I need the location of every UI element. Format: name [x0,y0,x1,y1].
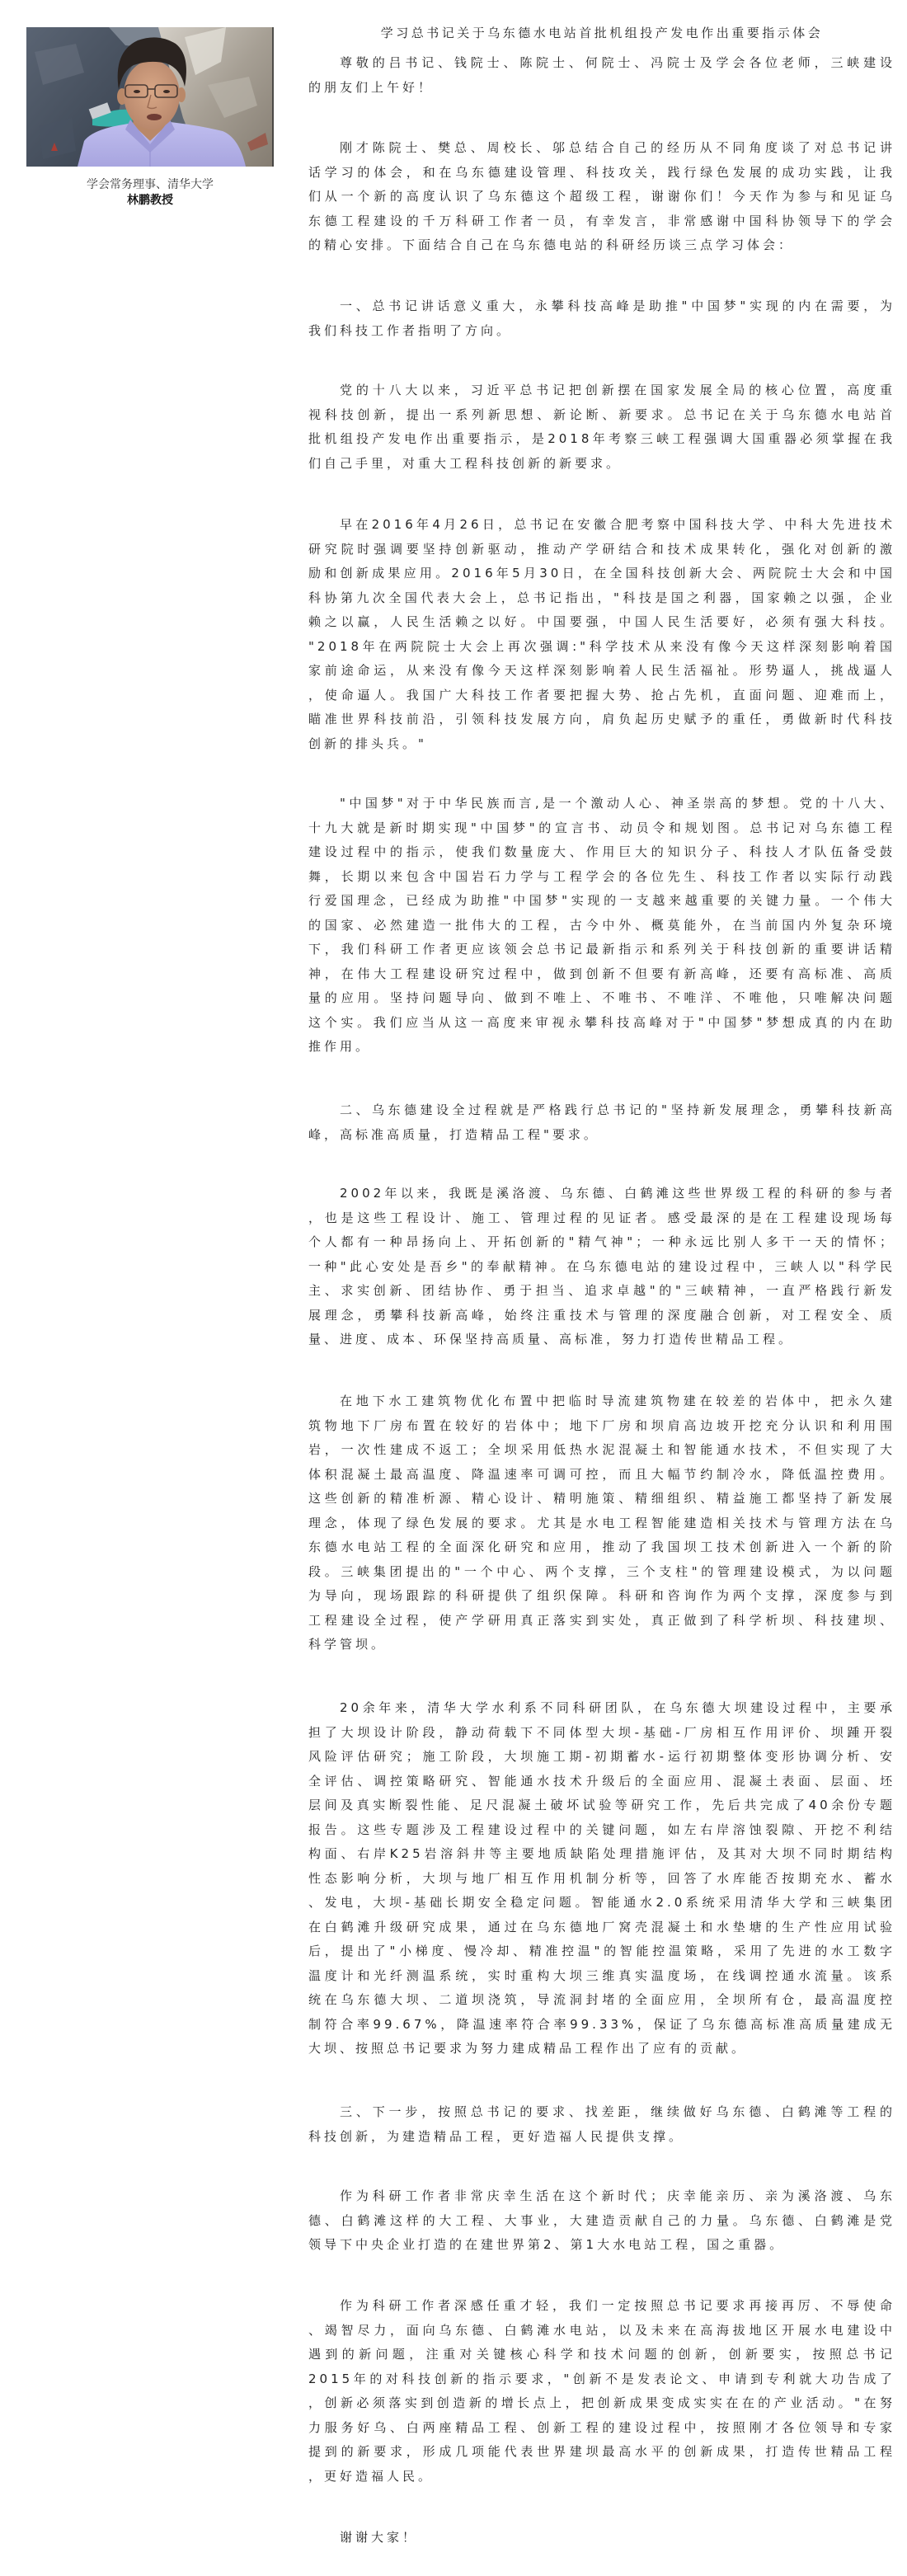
text-line: 、竭智尽力，面向乌东德、白鹤滩水电站，以及未来在高海拔地区开展水电建设中 [308,2319,895,2343]
text-line: 制符合率99.67%，降温速率符合率99.33%，保证了乌东德高标准高质量建成无… [308,2013,895,2038]
text-line: 量的应用。坚持问题导向、做到不唯上、不唯书、不唯洋、不唯他，只唯解决问题 [308,986,895,1011]
text-line: 们从一个新的高度认识了乌东德这个超级工程，谢谢你们！今天作为参与和见证乌 [308,185,895,209]
text-line: 全评估、调控策略研究、智能通水技术升级后的全面应用、混凝土表面、层面、坯 [308,1770,895,1794]
text-line: 在地下水工建筑物优化布置中把临时导流建筑物建在较差的岩体中，把永久建 [308,1389,895,1414]
text-line: 体积混凝土最高温度、降温速率可调可控，而且大幅节约制冷水，降低温控费用。 [308,1463,895,1488]
text-line: 量、进度、成本、环保坚持高质量、高标准，努力打造传世精品工程。 [308,1328,895,1352]
text-line: 层间及真实断裂性能、足尺混凝土破坏试验等研究工作，先后共完成了40余份专题 [308,1793,895,1818]
text-line: 遇到的新问题，注重对关键核心科学和技术问题的创新，创新要实，按照总书记 [308,2343,895,2367]
text-line: 风险评估研究；施工阶段，大坝施工期-初期蓄水-运行初期整体变形协调分析、安 [308,1745,895,1770]
text-line: 视科技创新，提出一系列新思想、新论断、新要求。总书记在关于乌东德水电站首 [308,403,895,428]
text-line: 理念，体现了绿色发展的要求。尤其是水电工程智能建造相关技术与管理方法在乌 [308,1511,895,1536]
text-line: 展理念，勇攀科技新高峰，始终注重技术与管理的深度融合创新，对工程安全、质 [308,1304,895,1328]
section-heading-one: 一、总书记讲话意义重大，永攀科技高峰是助推"中国梦"实现的内在需要，为 我们科技… [308,294,895,343]
text-line: ，也是这些工程设计、施工、管理过程的见证者。感受最深的是在工程建设现场每 [308,1206,895,1231]
body-paragraph: 作为科研工作者深感任重才轻，我们一定按照总书记要求再接再厉、不辱使命 、竭智尽力… [308,2294,895,2489]
text-line: 主、求实创新、团结协作、勇于担当、追求卓越"的"三峡精神，一直严格践行新发 [308,1279,895,1304]
text-line: 推作用。 [308,1035,895,1060]
text-line: 东德工程建设的千万科研工作者一员，有幸发言，非常感谢中国科协领导下的学会 [308,209,895,234]
body-paragraph: 在地下水工建筑物优化布置中把临时导流建筑物建在较差的岩体中，把永久建 筑物地下厂… [308,1389,895,1657]
text-line: 赖之以赢，人民生活赖之以好。中国要强，中国人民生活要好，必须有强大科技。 [308,610,895,635]
text-line: 20余年来，清华大学水利系不同科研团队，在乌东德大坝建设过程中，主要承 [308,1696,895,1721]
text-line: 科协第九次全国代表大会上，总书记指出，"科技是国之利器，国家赖之以强，企业 [308,586,895,611]
intro-paragraph: 刚才陈院士、樊总、周校长、邬总结合自己的经历从不同角度谈了对总书记讲 话学习的体… [308,136,895,258]
text-line: 研究院时强调要坚持创新驱动，推动产学研结合和技术成果转化，强化对创新的激 [308,538,895,562]
text-line: 领导下中央企业打造的在建世界第2、第1大水电站工程，国之重器。 [308,2233,895,2258]
text-line: 行爱国理念，已经成为助推"中国梦"实现的一支越来越重要的关键力量。一个伟大 [308,889,895,914]
body-paragraph: 20余年来，清华大学水利系不同科研团队，在乌东德大坝建设过程中，主要承 担了大坝… [308,1696,895,2061]
article-title: 学习总书记关于乌东德水电站首批机组投产发电作出重要指示体会 [308,21,895,45]
text-line: 瞄准世界科技前沿，引领科技发展方向，肩负起历史赋予的重任，勇做新时代科技 [308,707,895,732]
text-line: 家前途命运，从来没有像今天这样深刻影响着人民生活福祉。形势逼人，挑战逼人 [308,659,895,684]
text-line: 工程建设全过程，使产学研用真正落实到实处，真正做到了科学析坝、科技建坝、 [308,1609,895,1634]
text-line: 们自己手里，对重大工程科技创新的新要求。 [308,452,895,477]
text-line: 这些创新的精准析源、精心设计、精明施策、精细组织、精益施工都坚持了新发展 [308,1487,895,1511]
body-paragraph: 早在2016年4月26日，总书记在安徽合肥考察中国科技大学、中科大先进技术 研究… [308,513,895,756]
text-line: 性态影响分析，大坝与地厂相互作用机制分析等，回答了水库能否按期充水、蓄水 [308,1867,895,1892]
text-line: "中国梦"对于中华民族而言,是一个激动人心、神圣崇高的梦想。党的十八大、 [308,792,895,816]
text-line: 报告。这些专题涉及工程建设过程中的关键问题，如左右岸溶蚀裂隙、开挖不利结 [308,1818,895,1843]
text-line: 作为科研工作者深感任重才轻，我们一定按照总书记要求再接再厉、不辱使命 [308,2294,895,2319]
text-line: 话学习的体会，和在乌东德建设管理、科技攻关，践行绿色发展的成功实践，让我 [308,161,895,186]
text-line: 、发电，大坝-基础长期安全稳定问题。智能通水2.0系统采用清华大学和三峡集团 [308,1891,895,1916]
text-line: 励和创新成果应用。2016年5月30日，在全国科技创新大会、两院院士大会和中国 [308,562,895,586]
body-paragraph: "中国梦"对于中华民族而言,是一个激动人心、神圣崇高的梦想。党的十八大、 十九大… [308,792,895,1060]
text-line: 科技创新，为建造精品工程，更好造福人民提供支撑。 [308,2125,895,2150]
text-line: 下，我们科研工作者更应该领会总书记最新指示和系列关于科技创新的重要讲话精 [308,938,895,962]
text-line: 提到的新要求，形成几项能代表世界建坝最高水平的创新成果，打造传世精品工程 [308,2440,895,2465]
text-line: 后，提出了"小梯度、慢冷却、精准控温"的智能控温策略，采用了先进的水工数字 [308,1939,895,1964]
text-line: 创新的排头兵。" [308,732,895,757]
text-line: 段。三峡集团提出的"一个中心、两个支撑，三个支柱"的管理建设模式，为以问题 [308,1560,895,1585]
text-line: 岩，一次性建成不返工；全坝采用低热水泥混凝土和智能通水技术，不但实现了大 [308,1438,895,1463]
text-line: 担了大坝设计阶段，静动荷载下不同体型大坝-基础-厂房相互作用评价、坝踵开裂 [308,1721,895,1746]
text-line: 德、白鹤滩这样的大工程、大事业，大建造贡献自己的力量。乌东德、白鹤滩是党 [308,2209,895,2234]
article-page: 学会常务理事、清华大学 林鹏教授 学习总书记关于乌东德水电站首批机组投产发电作出… [0,0,907,2576]
text-line: 谢谢大家！ [308,2526,895,2550]
text-line: 这个实。我们应当从这一高度来审视永攀科技高峰对于"中国梦"梦想成真的内在助 [308,1011,895,1036]
text-line: 的精心安排。下面结合自己在乌东德电站的科研经历谈三点学习体会： [308,233,895,258]
text-line: 为导向，现场跟踪的科研提供了组织保障。科研和咨询作为两个支撑，深度参与到 [308,1584,895,1609]
body-paragraph: 党的十八大以来，习近平总书记把创新摆在国家发展全局的核心位置，高度重 视科技创新… [308,378,895,476]
text-line: 三、下一步，按照总书记的要求、找差距，继续做好乌东德、白鹤滩等工程的 [308,2100,895,2125]
text-line: ，更好造福人民。 [308,2465,895,2489]
text-line: 作为科研工作者非常庆幸生活在这个新时代；庆幸能亲历、亲为溪洛渡、乌东 [308,2184,895,2209]
speaker-name: 林鹏教授 [26,192,274,209]
speaker-photo [26,27,274,167]
text-line: 峰，高标准高质量，打造精品工程"要求。 [308,1123,895,1148]
text-line: 建设过程中的指示，使我们数量庞大、作用巨大的知识分子、科技人才队伍备受鼓 [308,840,895,865]
text-line: "2018年在两院院士大会上再次强调:"科学技术从来没有像今天这样深刻影响着国 [308,635,895,660]
text-line: 统在乌东德大坝、二道坝浇筑，导流洞封堵的全面应用，全坝所有仓，最高温度控 [308,1988,895,2013]
text-line: 一种"此心安处是吾乡"的奉献精神。在乌东德电站的建设过程中，三峡人以"科学民 [308,1255,895,1280]
section-heading-three: 三、下一步，按照总书记的要求、找差距，继续做好乌东德、白鹤滩等工程的 科技创新，… [308,2100,895,2149]
text-line: 构面、右岸K25岩溶斜井等主要地质缺陷处理措施评估，及其对大坝不同时期结构 [308,1842,895,1867]
text-line: 2015年的对科技创新的指示要求，"创新不是发表论文、申请到专利就大功告成了 [308,2367,895,2392]
text-line: 神，在伟大工程建设研究过程中，做到创新不但要有新高峰，还要有高标准、高质 [308,962,895,987]
text-line: 力服务好乌、白两座精品工程、创新工程的建设过程中，按照刚才各位领导和专家 [308,2416,895,2441]
text-line: 温度计和光纤测温系统，实时重构大坝三维真实温度场，在线调控通水流量。该系 [308,1964,895,1989]
text-line: 大坝、按照总书记要求为努力建成精品工程作出了应有的贡献。 [308,2037,895,2061]
text-line: 科学管坝。 [308,1633,895,1657]
greeting-paragraph: 尊敬的吕书记、钱院士、陈院士、何院士、冯院士及学会各位老师，三峡建设 的朋友们上… [308,51,895,100]
text-line: 舞，长期以来包含中国岩石力学与工程学会的各位先生、科技工作者以实际行动践 [308,865,895,890]
text-line: 一、总书记讲话意义重大，永攀科技高峰是助推"中国梦"实现的内在需要，为 [308,294,895,319]
text-line: 尊敬的吕书记、钱院士、陈院士、何院士、冯院士及学会各位老师，三峡建设 [308,51,895,76]
speaker-affiliation: 学会常务理事、清华大学 [26,176,274,193]
body-paragraph: 2002年以来，我既是溪洛渡、乌东德、白鹤滩这些世界级工程的科研的参与者 ，也是… [308,1182,895,1352]
text-line: 党的十八大以来，习近平总书记把创新摆在国家发展全局的核心位置，高度重 [308,378,895,403]
section-heading-two: 二、乌东德建设全过程就是严格践行总书记的"坚持新发展理念，勇攀科技新高 峰，高标… [308,1098,895,1147]
text-line: 早在2016年4月26日，总书记在安徽合肥考察中国科技大学、中科大先进技术 [308,513,895,538]
text-line: 筑物地下厂房布置在较好的岩体中；地下厂房和坝肩高边坡开挖充分认识和利用围 [308,1414,895,1439]
text-line: 东德水电站工程的全面深化研究和应用，推动了我国坝工技术创新进入一个新的阶 [308,1535,895,1560]
text-line: 的国家、必然建造一批伟大的工程，古今中外、概莫能外，在当前国内外复杂环境 [308,914,895,938]
body-paragraph: 作为科研工作者非常庆幸生活在这个新时代；庆幸能亲历、亲为溪洛渡、乌东 德、白鹤滩… [308,2184,895,2258]
text-line: ，使命逼人。我国广大科技工作者要把握大势、抢占先机，直面问题、迎难而上， [308,684,895,708]
text-line: 2002年以来，我既是溪洛渡、乌东德、白鹤滩这些世界级工程的科研的参与者 [308,1182,895,1206]
text-line: 刚才陈院士、樊总、周校长、邬总结合自己的经历从不同角度谈了对总书记讲 [308,136,895,161]
text-line: 二、乌东德建设全过程就是严格践行总书记的"坚持新发展理念，勇攀科技新高 [308,1098,895,1123]
text-line: 我们科技工作者指明了方向。 [308,319,895,344]
text-line: 个人都有一种昂扬向上、开拓创新的"精气神"；一种永远比别人多干一天的情怀； [308,1230,895,1255]
text-line: 在白鹤滩升级研究成果，通过在乌东德地厂窝壳混凝土和水垫塘的生产性应用试验 [308,1916,895,1940]
text-line: 批机组投产发电作出重要指示，是2018年考察三峡工程强调大国重器必须掌握在我 [308,427,895,452]
text-line: 十九大就是新时期实现"中国梦"的宣言书、动员令和规划图。总书记对乌东德工程 [308,816,895,841]
closing-paragraph: 谢谢大家！ [308,2526,895,2550]
text-line: 的朋友们上午好！ [308,76,895,101]
text-line: ，创新必须落实到创造新的增长点上，把创新成果变成实实在在的产业活动。"在努 [308,2391,895,2416]
